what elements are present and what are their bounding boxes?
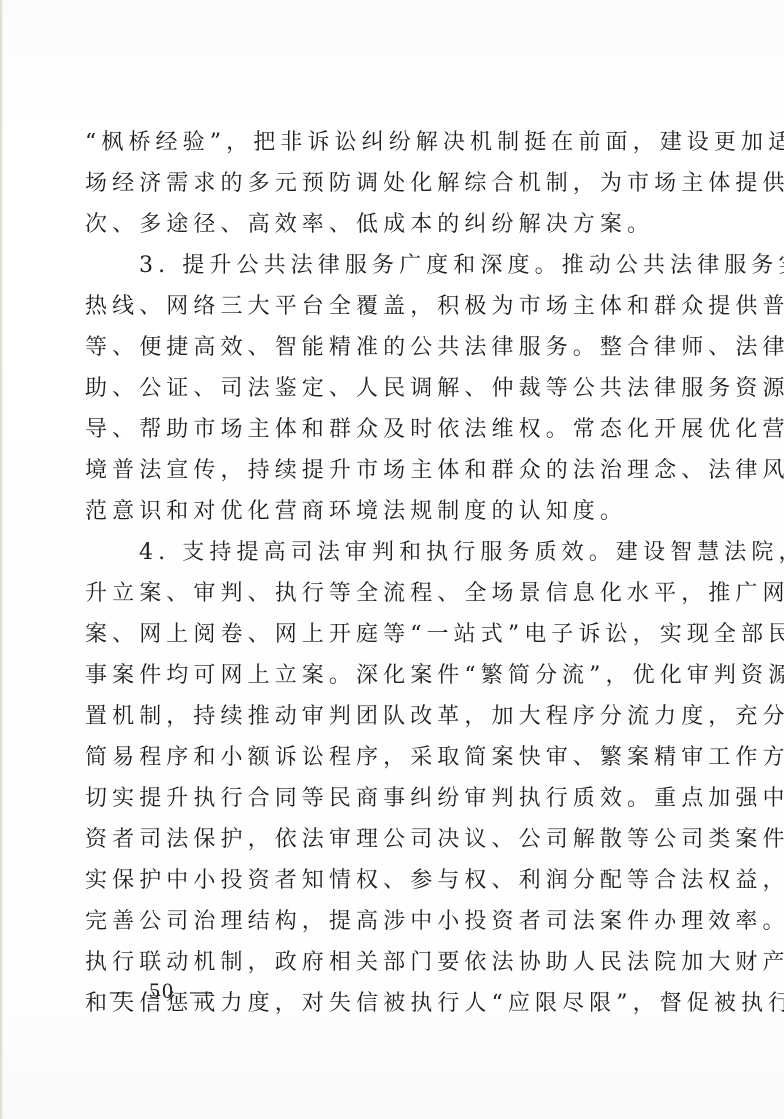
text-line: 简易程序和小额诉讼程序，采取简案快审、繁案精审工作方式， (85, 737, 685, 778)
section-4-heading-line: 4. 支持提高司法审判和执行服务质效。建设智慧法院，提 (85, 532, 685, 573)
text-line: 置机制，持续推动审判团队改革，加大程序分流力度，充分适用 (85, 696, 685, 737)
text-line: 次、多途径、高效率、低成本的纠纷解决方案。 (85, 204, 685, 245)
text-line: “枫桥经验”，把非诉讼纠纷解决机制挺在前面，建设更加适应市 (85, 122, 685, 163)
text-line: 案、网上阅卷、网上开庭等“一站式”电子诉讼，实现全部民商 (85, 614, 685, 655)
body-text: “枫桥经验”，把非诉讼纠纷解决机制挺在前面，建设更加适应市 场经济需求的多元预防… (85, 122, 685, 1024)
text-line: 范意识和对优化营商环境法规制度的认知度。 (85, 491, 685, 532)
text-line: 等、便捷高效、智能精准的公共法律服务。整合律师、法律援 (85, 327, 685, 368)
text-line: 实保护中小投资者知情权、参与权、利润分配等合法权益，推动 (85, 860, 685, 901)
text-line: 导、帮助市场主体和群众及时依法维权。常态化开展优化营商环 (85, 409, 685, 450)
text-line: 事案件均可网上立案。深化案件“繁简分流”，优化审判资源配 (85, 655, 685, 696)
scan-edge (0, 0, 3, 1119)
document-page: “枫桥经验”，把非诉讼纠纷解决机制挺在前面，建设更加适应市 场经济需求的多元预防… (0, 0, 784, 1119)
text-line: 升立案、审判、执行等全流程、全场景信息化水平，推广网上立 (85, 573, 685, 614)
section-3-heading-line: 3. 提升公共法律服务广度和深度。推动公共法律服务实体、 (85, 245, 685, 286)
text-line: 助、公证、司法鉴定、人民调解、仲裁等公共法律服务资源，引 (85, 368, 685, 409)
text-line: 热线、网络三大平台全覆盖，积极为市场主体和群众提供普惠均 (85, 286, 685, 327)
text-line: 执行联动机制，政府相关部门要依法协助人民法院加大财产查控 (85, 942, 685, 983)
page-number: — 50 — (110, 978, 214, 1004)
text-line: 切实提升执行合同等民商事纠纷审判执行质效。重点加强中小投 (85, 778, 685, 819)
text-line: 资者司法保护，依法审理公司决议、公司解散等公司类案件，切 (85, 819, 685, 860)
text-line: 境普法宣传，持续提升市场主体和群众的法治理念、法律风险防 (85, 450, 685, 491)
text-line: 完善公司治理结构，提高涉中小投资者司法案件办理效率。健全 (85, 901, 685, 942)
text-line: 场经济需求的多元预防调处化解综合机制，为市场主体提供分层 (85, 163, 685, 204)
